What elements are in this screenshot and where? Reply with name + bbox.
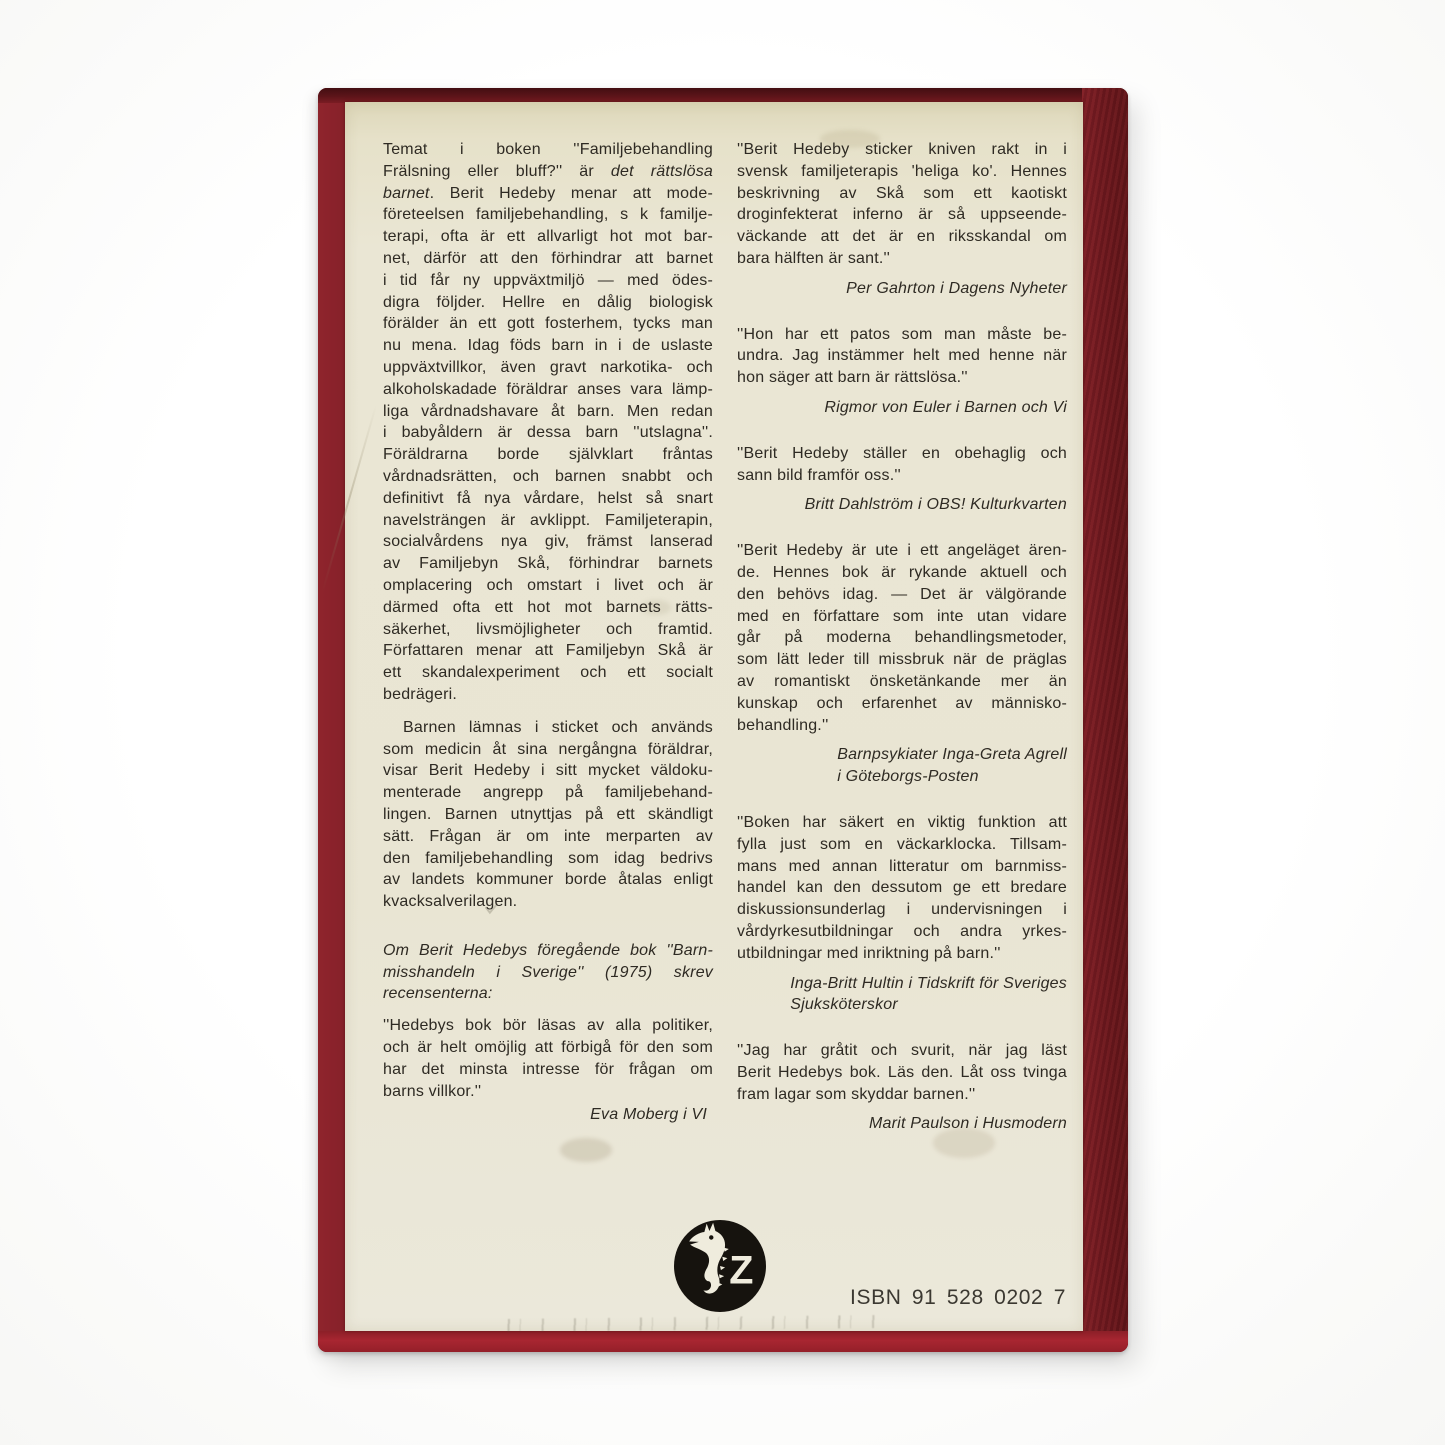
text-line: ''Berit Hedeby är ute i ett angeläget är… [737, 540, 1067, 562]
text-line: nu mena. Idag föds barn in i de uslaste [383, 335, 713, 357]
text-line: droginfekterat inferno är så uppseende- [737, 204, 1067, 226]
body-lines: som medicin åt sina nergångna föräldrar,… [383, 739, 713, 913]
text-line: i tid får ny uppväxtmiljö — med ödes- [383, 270, 713, 292]
body-text-italic: det rättslösa [611, 163, 713, 180]
text-line: Sjuksköterskor [790, 994, 1067, 1016]
text-line: undra. Jag instämmer helt med henne när [737, 345, 1067, 367]
text-line: den behövs idag. — Det är välgörande [737, 584, 1067, 606]
logo-letter-z: Z [729, 1248, 753, 1292]
right-column: ''Berit Hedeby sticker kniven rakt in is… [737, 139, 1067, 1159]
text-line: förälder än ett gott fosterhem, tycks ma… [383, 313, 713, 335]
book-back-cover: Temat i boken ''Familjebehandling Frälsn… [318, 88, 1128, 1352]
text-line: ''Berit Hedeby sticker kniven rakt in i [737, 139, 1067, 161]
cover-edge-left [318, 88, 345, 1352]
text-line: ett skandalexperiment och ett socialt [383, 662, 713, 684]
quote-paragraph: ''Berit Hedeby sticker kniven rakt in is… [737, 139, 1067, 270]
text-line: liga vårdnadshavare åt barn. Men redan [383, 401, 713, 423]
text-line: diskussionsunderlag i undervisningen i [737, 899, 1067, 921]
text-line: uppväxtvillkor, även gravt narkotika- oc… [383, 357, 713, 379]
text-line: går på moderna behandlingsmetoder, [737, 627, 1067, 649]
text-line: Inga-Britt Hultin i Tidskrift för Sverig… [790, 973, 1067, 995]
text-line: omplacering och omstart i livet och är [383, 575, 713, 597]
body-text: Frälsning eller bluff?'' är [383, 163, 611, 180]
photo-background: Temat i boken ''Familjebehandling Frälsn… [0, 0, 1445, 1445]
text-line: som lätt leder till missbruk när de präg… [737, 649, 1067, 671]
text-line: ''Jag har gråtit och svurit, när jag läs… [737, 1040, 1067, 1062]
text-line: Per Gahrton i Dagens Nyheter [846, 278, 1067, 300]
body-line: barnet. Berit Hedeby menar att mode- [383, 183, 713, 205]
body-text-italic: barnet [383, 185, 430, 202]
body-line: Frälsning eller bluff?'' är det rättslös… [383, 161, 713, 183]
text-line: hon säger att barn är rättslösa.'' [737, 367, 1067, 389]
paper-label: Temat i boken ''Familjebehandling Frälsn… [345, 102, 1083, 1331]
quote-paragraph: ''Boken har säkert en viktig funktion at… [737, 812, 1067, 965]
body-lines: Om Berit Hedebys föregående bok ''Barn-m… [383, 940, 713, 1005]
body-text: . Berit Hedeby menar att mode- [430, 185, 713, 202]
text-line: ''Hedebys bok bör läsas av alla politike… [383, 1015, 713, 1037]
text-line: fylla just som en väckarklocka. Tillsam- [737, 834, 1067, 856]
text-line: kunskap och erfarenhet av människo- [737, 693, 1067, 715]
quote-paragraph: ''Hon har ett patos som man måste be-und… [737, 324, 1067, 389]
text-line: och är helt omöjlig att förbigå för den … [383, 1037, 713, 1059]
text-line: bara hälften är sant.'' [737, 248, 1067, 270]
text-line: i Göteborgs-Posten [837, 766, 1067, 788]
body-line: Barnen lämnas i sticket och används [383, 717, 713, 739]
text-line: alkoholskadade föräldrar anses vara lämp… [383, 379, 713, 401]
cover-edge-right [1082, 88, 1128, 1352]
text-line: företeelsen familjebehandling, s k famil… [383, 204, 713, 226]
text-line: vårdnadsrätten, och barnen snabbt och [383, 466, 713, 488]
text-line: Britt Dahlström i OBS! Kulturkvarten [805, 494, 1067, 516]
text-line: därmed ofta ett hot mot barnets rätts- [383, 597, 713, 619]
attribution-lines: Marit Paulson i Husmodern [869, 1113, 1067, 1135]
attribution-inga-greta-agrell: Barnpsykiater Inga-Greta Agrelli Götebor… [737, 744, 1067, 788]
quote-lines: ''Berit Hedeby är ute i ett angeläget är… [737, 540, 1067, 736]
body-line: Temat i boken ''Familjebehandling [383, 139, 713, 161]
text-line: Marit Paulson i Husmodern [869, 1113, 1067, 1135]
text-line: svensk familjeterapis 'heliga ko'. Henne… [737, 161, 1067, 183]
attribution-lines: Barnpsykiater Inga-Greta Agrelli Götebor… [837, 744, 1067, 788]
attribution-lines: Eva Moberg i VI [590, 1104, 707, 1126]
attribution-marit-paulson: Marit Paulson i Husmodern [737, 1113, 1067, 1135]
quote-lines: ''Jag har gråtit och svurit, när jag läs… [737, 1040, 1067, 1105]
text-line: av landets kommuner borde åtalas enligt [383, 869, 713, 891]
text-line: barns villkor.'' [383, 1081, 713, 1103]
text-line: sätt. Frågan är om inte merparten av [383, 826, 713, 848]
pencil-scribbles [495, 1315, 885, 1332]
text-line: fram lagar som skyddar barnen.'' [737, 1084, 1067, 1106]
quote-paragraph: ''Berit Hedeby ställer en obehaglig ochs… [737, 443, 1067, 487]
text-line: net, därför att den förhindrar att barne… [383, 248, 713, 270]
text-line: definitivt få nya vårdare, helst så snar… [383, 488, 713, 510]
quote-lines: ''Berit Hedeby ställer en obehaglig ochs… [737, 443, 1067, 487]
text-line: har det minsta intresse för frågan om [383, 1059, 713, 1081]
text-line: Berit Hedebys bok. Läs den. Låt oss tvin… [737, 1062, 1067, 1084]
text-line: Om Berit Hedebys föregående bok ''Barn- [383, 940, 713, 962]
attribution-rigmor-von-euler: Rigmor von Euler i Barnen och Vi [737, 397, 1067, 419]
text-line: terapi, ofta är ett allvarligt hot mot b… [383, 226, 713, 248]
text-line: digra följder. Hellre en dålig biologisk [383, 292, 713, 314]
text-line: i babyåldern är dessa barn ''utslagna''. [383, 422, 713, 444]
quote-paragraph: ''Berit Hedeby är ute i ett angeläget är… [737, 540, 1067, 736]
text-line: som medicin åt sina nergångna föräldrar, [383, 739, 713, 761]
text-line: menterade angrepp på familjebehand- [383, 782, 713, 804]
text-line: Barnpsykiater Inga-Greta Agrell [837, 744, 1067, 766]
left-column: Temat i boken ''Familjebehandling Frälsn… [383, 139, 713, 1126]
cover-edge-bottom [318, 1331, 1128, 1352]
text-line: bedrägeri. [383, 684, 713, 706]
text-line: säkerhet, livsmöjligheter och framtid. [383, 619, 713, 641]
text-line: Författaren menar att Familjebyn Skå är [383, 640, 713, 662]
text-line: behandling.'' [737, 715, 1067, 737]
text-line: den familjebehandling som idag bedrivs [383, 848, 713, 870]
text-line: handel kan den dessutom ge ett bredare [737, 877, 1067, 899]
text-line: lingen. Barnen utnyttjas på ett skändlig… [383, 804, 713, 826]
text-line: recensenterna: [383, 983, 713, 1005]
text-line: med en författare som inte utan vidare [737, 606, 1067, 628]
paragraph-previous-book-note: Om Berit Hedebys föregående bok ''Barn-m… [383, 940, 713, 1005]
text-line: socialvårdens nya giv, främst lanserad [383, 531, 713, 553]
publisher-seahorse-logo: Z [674, 1220, 766, 1312]
text-line: ''Boken har säkert en viktig funktion at… [737, 812, 1067, 834]
body-lines: ''Hedebys bok bör läsas av alla politike… [383, 1015, 713, 1102]
quote-lines: ''Hon har ett patos som man måste be-und… [737, 324, 1067, 389]
text-line: vårdyrkesutbildningar och andra yrkes- [737, 921, 1067, 943]
text-line: visar Berit Hedeby i sitt mycket väldoku… [383, 760, 713, 782]
quote-lines: ''Berit Hedeby sticker kniven rakt in is… [737, 139, 1067, 270]
body-lines: företeelsen familjebehandling, s k famil… [383, 204, 713, 705]
attribution-eva-moberg: Eva Moberg i VI [383, 1104, 707, 1126]
text-line: de. Hennes bok är rykande aktuell och [737, 562, 1067, 584]
attribution-lines: Inga-Britt Hultin i Tidskrift för Sverig… [790, 973, 1067, 1017]
cover-edge-top [318, 88, 1128, 103]
text-line: Rigmor von Euler i Barnen och Vi [824, 397, 1067, 419]
text-line: Föräldrarna borde självklart fråntas [383, 444, 713, 466]
paragraph-book-theme: Temat i boken ''Familjebehandling Frälsn… [383, 139, 713, 706]
text-line: navelsträngen är avklippt. Familjeterapi… [383, 510, 713, 532]
text-line: av Familjebyn Skå, förhindrar barnets [383, 553, 713, 575]
text-line: utbildningar med inriktning på barn.'' [737, 943, 1067, 965]
quote-lines: ''Boken har säkert en viktig funktion at… [737, 812, 1067, 965]
attribution-per-gahrton: Per Gahrton i Dagens Nyheter [737, 278, 1067, 300]
quote-hedebys-bok: ''Hedebys bok bör läsas av alla politike… [383, 1015, 713, 1102]
attribution-inga-britt-hultin: Inga-Britt Hultin i Tidskrift för Sverig… [737, 973, 1067, 1017]
attribution-lines: Per Gahrton i Dagens Nyheter [846, 278, 1067, 300]
text-line: sann bild framför oss.'' [737, 465, 1067, 487]
text-line: ''Berit Hedeby ställer en obehaglig och [737, 443, 1067, 465]
text-line: beskrivning av Skå som ett kaotiskt [737, 183, 1067, 205]
text-line: av romantiskt önsketänkande mer än [737, 671, 1067, 693]
text-line: kvacksalverilagen. [383, 891, 713, 913]
stain [560, 1138, 612, 1162]
text-line: Eva Moberg i VI [590, 1104, 707, 1126]
isbn-text: ISBN 91 528 0202 7 [850, 1286, 1066, 1310]
text-line: misshandeln i Sverige'' (1975) skrev [383, 962, 713, 984]
seahorse-eye [709, 1235, 713, 1239]
text-line: ''Hon har ett patos som man måste be- [737, 324, 1067, 346]
attribution-britt-dahlstrom: Britt Dahlström i OBS! Kulturkvarten [737, 494, 1067, 516]
attribution-lines: Britt Dahlström i OBS! Kulturkvarten [805, 494, 1067, 516]
quote-paragraph: ''Jag har gråtit och svurit, när jag läs… [737, 1040, 1067, 1105]
attribution-lines: Rigmor von Euler i Barnen och Vi [824, 397, 1067, 419]
text-line: väckande att det är en riksskandal om [737, 226, 1067, 248]
text-line: mans med annan litteratur om barnmiss- [737, 856, 1067, 878]
paragraph-children-abandoned: Barnen lämnas i sticket och används som … [383, 717, 713, 913]
